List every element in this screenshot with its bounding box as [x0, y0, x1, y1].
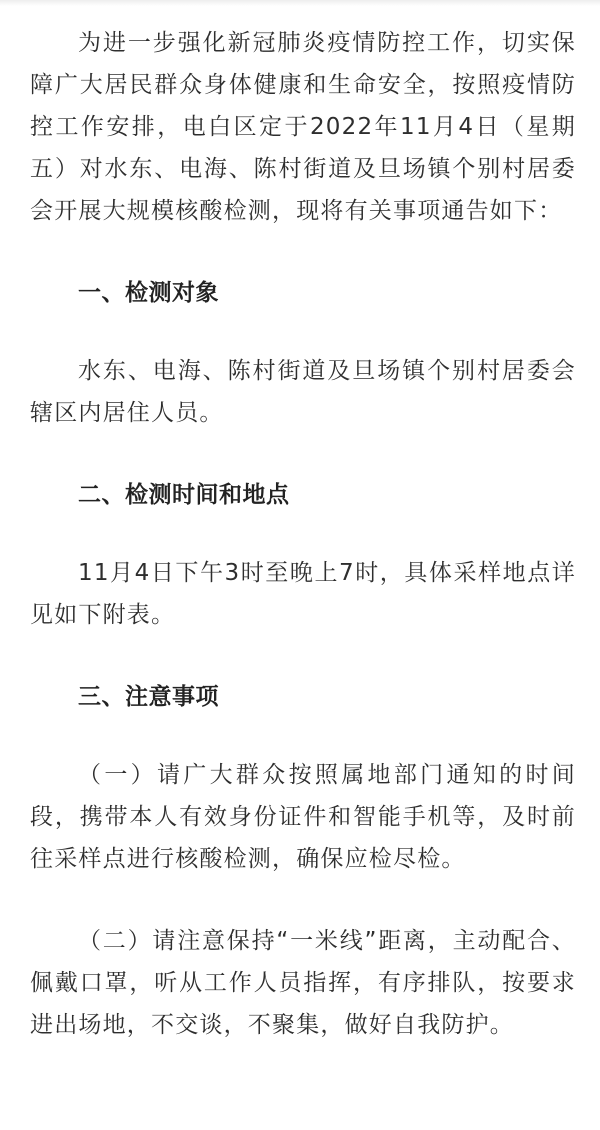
section-paragraph: 11月4日下午3时至晚上7时，具体采样地点详见如下附表。 — [30, 552, 576, 636]
section-heading-precautions: 三、注意事项 — [30, 676, 576, 718]
intro-paragraph: 为进一步强化新冠肺炎疫情防控工作，切实保障广大居民群众身体健康和生命安全，按照疫… — [30, 22, 576, 232]
spacer — [30, 434, 576, 474]
spacer — [30, 636, 576, 676]
spacer — [30, 718, 576, 754]
document-body: 为进一步强化新冠肺炎疫情防控工作，切实保障广大居民群众身体健康和生命安全，按照疫… — [30, 22, 576, 1046]
section-paragraph: 水东、电海、陈村街道及旦场镇个别村居委会辖区内居住人员。 — [30, 350, 576, 434]
section-heading-time-and-place: 二、检测时间和地点 — [30, 474, 576, 516]
section-heading-detection-targets: 一、检测对象 — [30, 272, 576, 314]
precaution-item-2: （二）请注意保持“一米线”距离，主动配合、佩戴口罩，听从工作人员指挥，有序排队，… — [30, 920, 576, 1046]
spacer — [30, 516, 576, 552]
precaution-item-1: （一）请广大群众按照属地部门通知的时间段，携带本人有效身份证件和智能手机等，及时… — [30, 754, 576, 880]
top-edge-shadow — [0, 0, 600, 6]
spacer — [30, 232, 576, 272]
spacer — [30, 880, 576, 920]
spacer — [30, 314, 576, 350]
document-page: 为进一步强化新冠肺炎疫情防控工作，切实保障广大居民群众身体健康和生命安全，按照疫… — [0, 0, 600, 1130]
